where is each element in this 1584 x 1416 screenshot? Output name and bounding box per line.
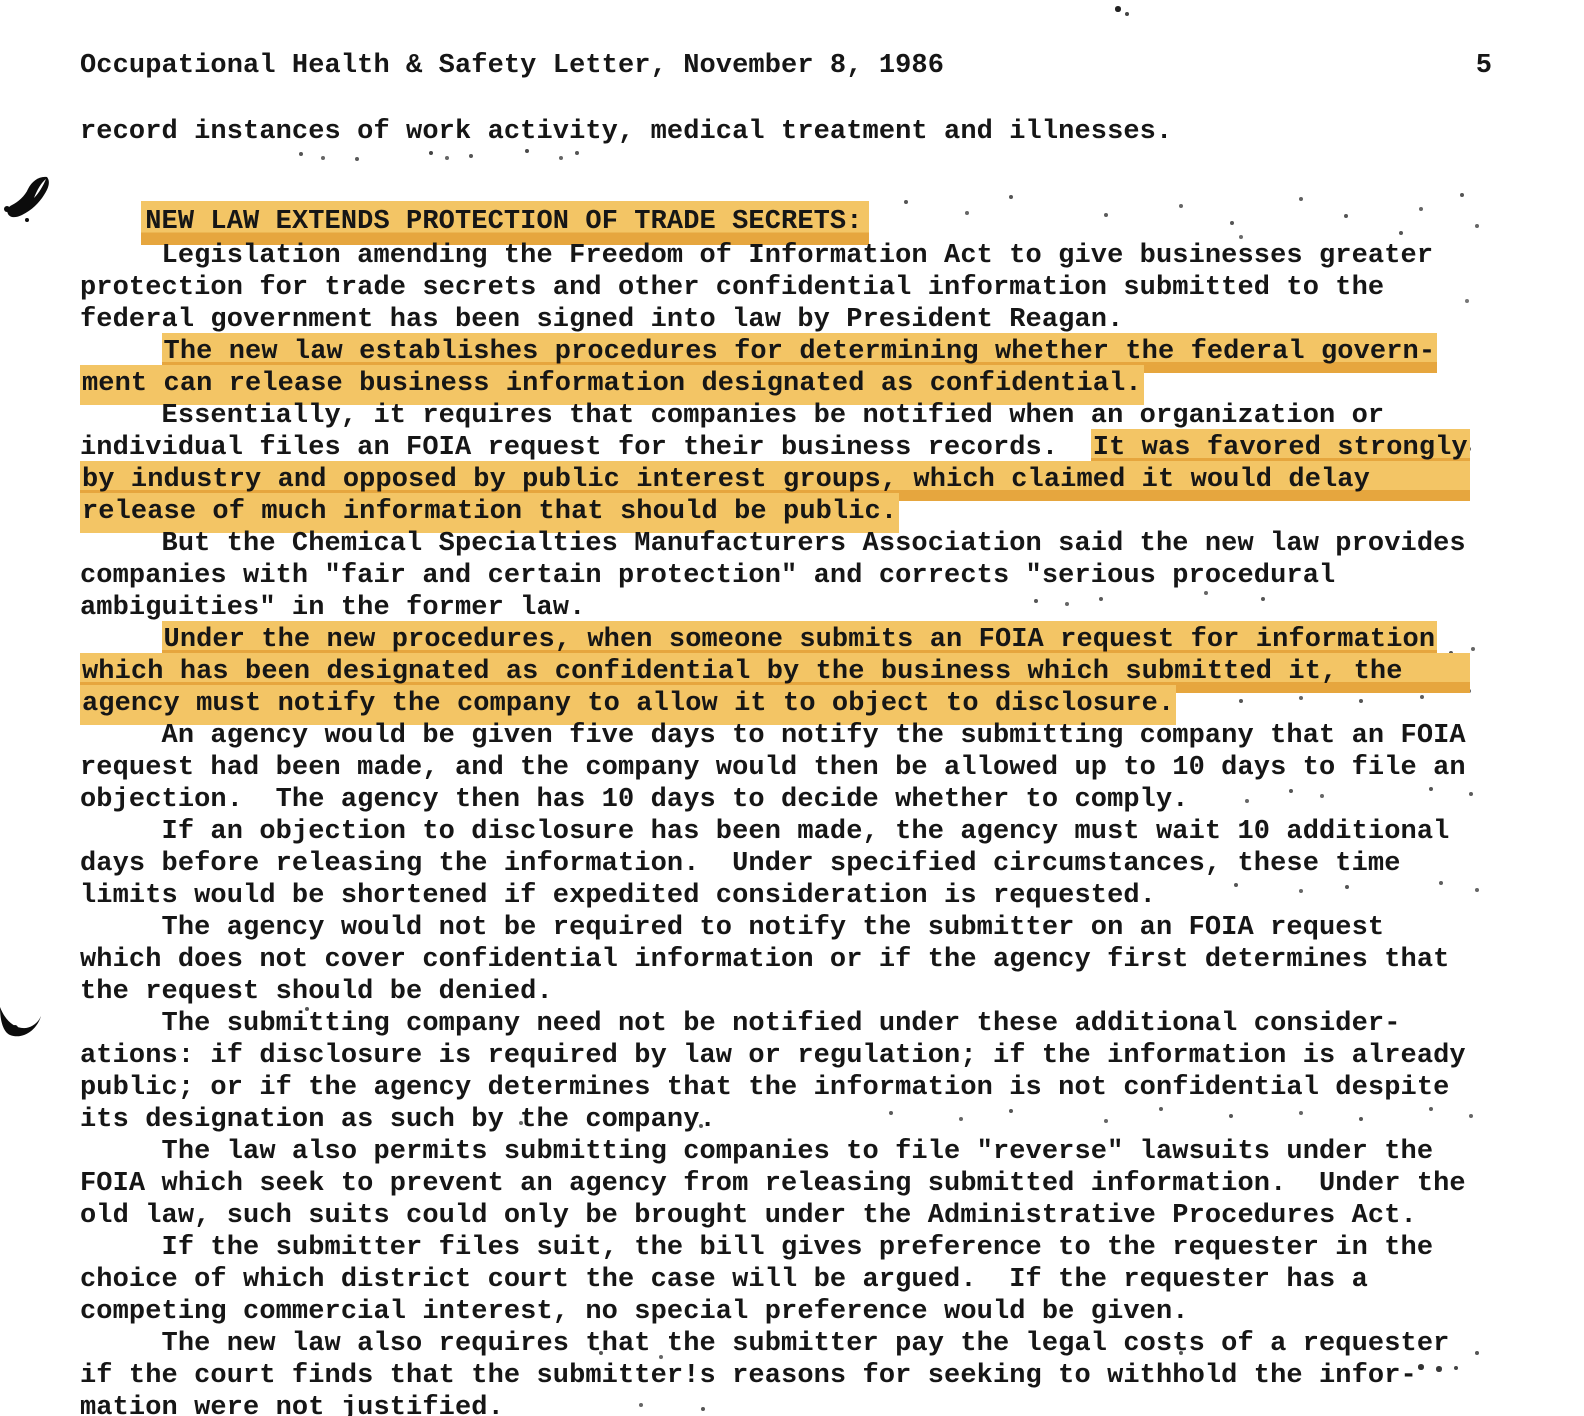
page-header: Occupational Health & Safety Letter, Nov… xyxy=(80,50,1492,82)
text-segment: choice of which district court the case … xyxy=(80,1265,1368,1295)
text-line: The new law also requires that the submi… xyxy=(80,1328,1470,1360)
text-line: companies with "fair and certain protect… xyxy=(80,560,1470,592)
document-body: Legislation amending the Freedom of Info… xyxy=(80,240,1470,1416)
text-segment: protection for trade secrets and other c… xyxy=(80,273,1384,303)
text-line: Legislation amending the Freedom of Info… xyxy=(80,240,1470,272)
text-segment: The agency would not be required to noti… xyxy=(80,913,1384,943)
text-segment: request had been made, and the company w… xyxy=(80,753,1466,783)
document-page: Occupational Health & Safety Letter, Nov… xyxy=(0,0,1584,1416)
text-segment: The law also permits submitting companie… xyxy=(80,1137,1433,1167)
highlighted-heading: NEW LAW EXTENDS PROTECTION OF TRADE SECR… xyxy=(141,201,868,245)
text-segment: the request should be denied. xyxy=(80,977,553,1007)
text-line: if the court finds that the submitter!s … xyxy=(80,1360,1470,1392)
text-line: FOIA which seek to prevent an agency fro… xyxy=(80,1168,1470,1200)
text-line: record instances of work activity, medic… xyxy=(80,116,1172,148)
text-segment: If the submitter files suit, the bill gi… xyxy=(80,1233,1433,1263)
page-number: 5 xyxy=(1476,50,1492,82)
text-line: The submitting company need not be notif… xyxy=(80,1008,1470,1040)
text-line: ambiguities" in the former law. xyxy=(80,592,1470,624)
text-line: If an objection to disclosure has been m… xyxy=(80,816,1470,848)
text-line: its designation as such by the company. xyxy=(80,1104,1470,1136)
text-segment: The new law also requires that the submi… xyxy=(80,1329,1449,1359)
text-line: old law, such suits could only be brough… xyxy=(80,1200,1470,1232)
text-segment: An agency would be given five days to no… xyxy=(80,721,1466,751)
text-segment: Essentially, it requires that companies … xyxy=(80,401,1384,431)
text-segment: if the court finds that the submitter!s … xyxy=(80,1361,1417,1391)
text-line: If the submitter files suit, the bill gi… xyxy=(80,1232,1470,1264)
highlighted-text: ment can release business information de… xyxy=(80,365,1144,405)
text-line: Under the new procedures, when someone s… xyxy=(80,624,1470,656)
text-line: the request should be denied. xyxy=(80,976,1470,1008)
text-line: Essentially, it requires that companies … xyxy=(80,400,1470,432)
text-segment: FOIA which seek to prevent an agency fro… xyxy=(80,1169,1466,1199)
text-line: which has been designated as confidentia… xyxy=(80,656,1470,688)
text-segment: companies with "fair and certain protect… xyxy=(80,561,1335,591)
text-line: federal government has been signed into … xyxy=(80,304,1470,336)
ink-smudge-icon xyxy=(3,176,55,230)
text-segment: ations: if disclosure is required by law… xyxy=(80,1041,1466,1071)
text-line: objection. The agency then has 10 days t… xyxy=(80,784,1470,816)
text-segment xyxy=(80,337,162,367)
text-segment: days before releasing the information. U… xyxy=(80,849,1401,879)
text-segment: But the Chemical Specialties Manufacture… xyxy=(80,529,1466,559)
text-line: mation were not justified. xyxy=(80,1392,1470,1416)
text-line: choice of which district court the case … xyxy=(80,1264,1470,1296)
text-segment: limits would be shortened if expedited c… xyxy=(80,881,1156,911)
text-line: An agency would be given five days to no… xyxy=(80,720,1470,752)
text-segment: ambiguities" in the former law. xyxy=(80,593,585,623)
text-line: But the Chemical Specialties Manufacture… xyxy=(80,528,1470,560)
text-segment: public; or if the agency determines that… xyxy=(80,1073,1449,1103)
text-segment: which does not cover confidential inform… xyxy=(80,945,1449,975)
text-segment: If an objection to disclosure has been m… xyxy=(80,817,1449,847)
text-line: competing commercial interest, no specia… xyxy=(80,1296,1470,1328)
text-line: individual files an FOIA request for the… xyxy=(80,432,1470,464)
text-segment: The submitting company need not be notif… xyxy=(80,1009,1401,1039)
text-line: request had been made, and the company w… xyxy=(80,752,1470,784)
text-segment: Legislation amending the Freedom of Info… xyxy=(80,241,1433,271)
text-line: The new law establishes procedures for d… xyxy=(80,336,1470,368)
text-line: limits would be shortened if expedited c… xyxy=(80,880,1470,912)
ink-smudge-icon xyxy=(0,1004,42,1042)
text-line: which does not cover confidential inform… xyxy=(80,944,1470,976)
highlighted-text: release of much information that should … xyxy=(80,493,899,533)
highlighted-text: agency must notify the company to allow … xyxy=(80,685,1176,725)
text-segment: individual files an FOIA request for the… xyxy=(80,433,1091,463)
text-line: days before releasing the information. U… xyxy=(80,848,1470,880)
text-line: protection for trade secrets and other c… xyxy=(80,272,1470,304)
text-line: The law also permits submitting companie… xyxy=(80,1136,1470,1168)
text-line: ations: if disclosure is required by law… xyxy=(80,1040,1470,1072)
text-segment: competing commercial interest, no specia… xyxy=(80,1297,1189,1327)
text-line: public; or if the agency determines that… xyxy=(80,1072,1470,1104)
text-line: by industry and opposed by public intere… xyxy=(80,464,1470,496)
document-title: Occupational Health & Safety Letter, Nov… xyxy=(80,50,944,82)
text-segment: its designation as such by the company. xyxy=(80,1105,716,1135)
text-segment: federal government has been signed into … xyxy=(80,305,1123,335)
text-segment xyxy=(80,625,162,655)
text-segment: old law, such suits could only be brough… xyxy=(80,1201,1417,1231)
text-segment: mation were not justified. xyxy=(80,1393,504,1416)
scan-noise xyxy=(0,0,2,2)
text-line: The agency would not be required to noti… xyxy=(80,912,1470,944)
text-segment: objection. The agency then has 10 days t… xyxy=(80,785,1189,815)
